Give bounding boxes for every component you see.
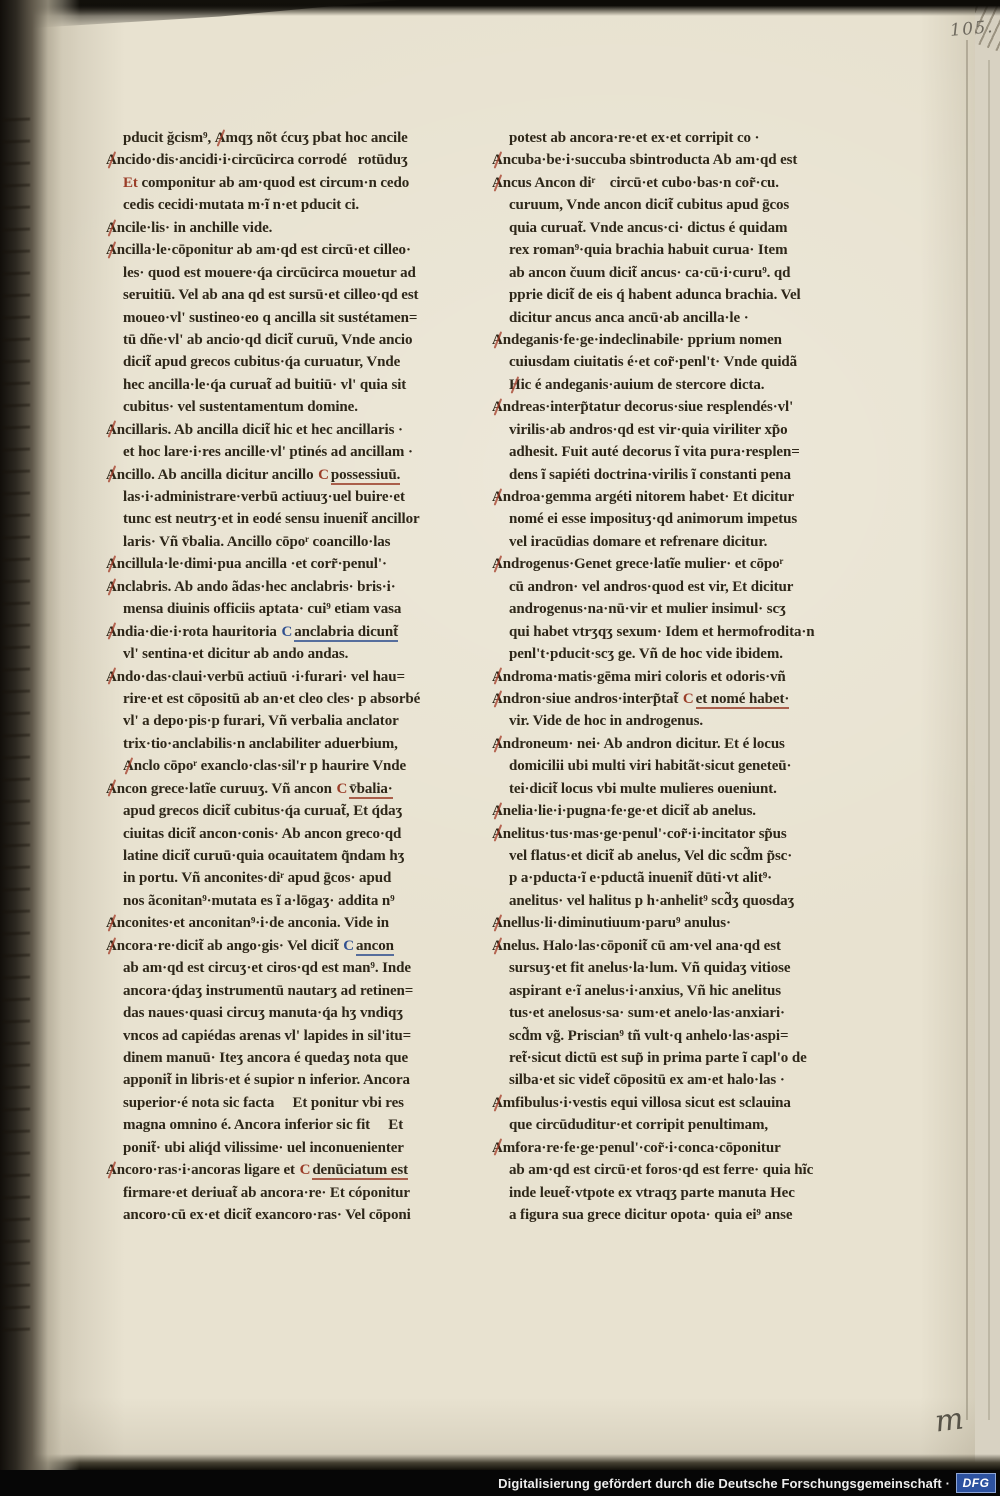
text-line: nos ãconitan⁹·mutata es ĩ a·lōgaʒ· addit… — [106, 890, 482, 912]
text-line: Androgenus·Genet grece·latĩe mulier· et … — [492, 553, 874, 575]
text-segment: ancora·q́daʒ instrumentū nautarʒ ad reti… — [123, 983, 413, 999]
text-segment: dicit̃ apud grecos cubitus·q́a curuatur,… — [123, 354, 400, 370]
text-line: domicilii ubi multi viri habitãt·sicut g… — [492, 755, 874, 777]
text-line: Anconites·et anconitan⁹·i·de anconia. Vi… — [106, 912, 482, 934]
text-line: Hic é andeganis·auium de stercore dicta. — [492, 374, 874, 396]
text-segment: componitur ab am·quod est circum·n cedo — [138, 175, 409, 191]
text-segment: nelitus·tus·mas·ge·penul'·cor̃·i·incitat… — [503, 826, 787, 842]
text-line: androgenus·na·nū·vir et mulier insimul· … — [492, 598, 874, 620]
text-segment: silba·et sic videt̃ cōpositū ex am·et ha… — [509, 1072, 785, 1088]
text-line: curuum, Vnde ancon dicit̃ cubitus apud ḡ… — [492, 194, 874, 216]
text-segment: ndroa·gemma argéti nitorem habet· Et dic… — [503, 489, 794, 505]
text-line: Andreas·interp̃tatur decorus·siue resple… — [492, 396, 874, 418]
text-line: tus·et anelosus·sa· sum·et anelo·las·anx… — [492, 1002, 874, 1024]
text-line: Ancile·lis· in anchille vide. — [106, 217, 482, 239]
text-segment: nclo cōpoʳ exanclo·clas·sil'r p haurire … — [134, 758, 406, 774]
text-segment: trix·tio·anclabilis·n anclabiliter aduer… — [123, 736, 398, 752]
text-line: Andeganis·fe·ge·indeclinabile· pprium no… — [492, 329, 874, 351]
text-line: laris· Vñ v̄balia. Ancillo cōpoʳ coancil… — [106, 531, 482, 553]
text-line: Ancido·dis·ancidi·i·circūcirca corrodé r… — [106, 149, 482, 171]
text-segment: denūciatum est — [312, 1162, 408, 1180]
text-segment: ndron·siue andros·interp̃tat̃ — [503, 691, 682, 707]
text-segment: nos ãconitan⁹·mutata es ĩ a·lōgaʒ· addit… — [123, 893, 395, 909]
text-line: vl' sentina·et dicitur ab ando andas. — [106, 643, 482, 665]
text-segment: scd̃m vg̃. Priscian⁹ tñ vult·q anhelo·la… — [509, 1028, 788, 1044]
text-line: in portu. Vñ anconites·diʳ apud ḡcos· ap… — [106, 867, 482, 889]
text-line: Ancora·re·dicit̃ ab ango·gis· Vel dicit̃… — [106, 935, 482, 957]
text-line: qui habet vtrʒqʒ sexum· Idem et hermofro… — [492, 621, 874, 643]
digitization-footer-bar: Digitalisierung gefördert durch die Deut… — [0, 1470, 1000, 1496]
text-segment: A — [106, 778, 117, 800]
text-segment: curuum, Vnde ancon dicit̃ cubitus apud ḡ… — [509, 197, 789, 213]
text-line: Ancon grece·latĩe curuuʒ. Vñ ancon Cv̄ba… — [106, 778, 482, 800]
text-line: potest ab ancora·re·et ex·et corripit co… — [492, 127, 874, 149]
text-segment: ndo·das·claui·verbū actiuū ·i·furari· ve… — [117, 669, 405, 685]
text-segment: ancon — [356, 938, 394, 956]
text-segment: a figura sua grece dicitur opota· quia e… — [509, 1207, 792, 1223]
text-segment: qui habet vtrʒqʒ sexum· Idem et hermofro… — [509, 624, 815, 640]
text-line: Ancoro·ras·i·ancoras ligare et Cdenūciat… — [106, 1159, 482, 1181]
text-segment: ponit̃· ubi aliq́d vilissime· uel inconu… — [123, 1140, 404, 1156]
text-segment: A — [492, 329, 503, 351]
text-line: cū andron· vel andros·quod est vir, Et d… — [492, 576, 874, 598]
text-line: silba·et sic videt̃ cōpositū ex am·et ha… — [492, 1069, 874, 1091]
text-segment: androgenus·na·nū·vir et mulier insimul· … — [509, 601, 786, 617]
text-segment: ret̃·sicut dictū est sup̃ in prima parte… — [509, 1050, 807, 1066]
text-segment: ncoro·ras·i·ancoras ligare et — [117, 1162, 299, 1178]
text-segment: adhesit. Fuit auté decorus ĩ vita pura·r… — [509, 444, 800, 460]
text-line: ancoro·cū ex·et dicit̃ exancoro·ras· Vel… — [106, 1204, 482, 1226]
text-line: ab am·qd est circū·et foros·qd est ferre… — [492, 1159, 874, 1181]
text-segment: vl' a depo·pis·p furari, Vñ verbalia anc… — [123, 713, 399, 729]
text-segment: ncus Ancon diʳ circū·et cubo·bas·n cor̃·… — [503, 175, 779, 191]
text-line: Ancilla·le·cōponitur ab am·qd est circū·… — [106, 239, 482, 261]
text-segment: A — [106, 912, 117, 934]
text-line: tei·dicit̃ locus vbi multe mulieres ouen… — [492, 778, 874, 800]
text-segment: rire·et est cōpositū ab an·et cleo cles·… — [123, 691, 420, 707]
text-line: tunc est neutrʒ·et in eodé sensu inuenit… — [106, 508, 482, 530]
text-segment: A — [492, 553, 503, 575]
text-segment: rex roman⁹·quia brachia habuit curua· It… — [509, 242, 788, 258]
text-line: hec ancilla·le·q́a curuat̃ ad buitiū· vl… — [106, 374, 482, 396]
text-line: Amfora·re·fe·ge·penul'·cor̃·i·conca·cōpo… — [492, 1137, 874, 1159]
text-segment: laris· Vñ v̄balia. Ancillo cōpoʳ coancil… — [123, 534, 390, 550]
text-line: pducit ğcism⁹, Amqʒ nõt ćcuʒ pbat hoc an… — [106, 127, 482, 149]
text-segment: apponit̃ in libris·et é supior n inferio… — [123, 1072, 410, 1088]
text-segment: ncillaris. Ab ancilla dicit̃ hic et hec … — [117, 422, 403, 438]
text-segment: sursuʒ·et fit anelus·la·lum. Vñ quidaʒ v… — [509, 960, 790, 976]
text-segment: seruitiū. Vel ab ana qd est sursū·et cil… — [123, 287, 418, 303]
text-line: virilis·ab andros·qd est vir·quia virili… — [492, 419, 874, 441]
text-line: scd̃m vg̃. Priscian⁹ tñ vult·q anhelo·la… — [492, 1025, 874, 1047]
text-line: apud grecos dicit̃ cubitus·q́a curuat̃, … — [106, 800, 482, 822]
right-text-column: potest ab ancora·re·et ex·et corripit co… — [492, 127, 874, 1226]
text-segment: ndia·die·i·rota hauritoria — [117, 624, 281, 640]
text-segment: das naues·quasi circuʒ manuta·q́a hʒ vnd… — [123, 1005, 403, 1021]
text-segment: latine dicit̃ curuū·quia ocauitatem q̃nd… — [123, 848, 404, 864]
text-segment: cuiusdam ciuitatis é·et cor̃·penl't· Vnd… — [509, 354, 797, 370]
left-text-column: pducit ğcism⁹, Amqʒ nõt ćcuʒ pbat hoc an… — [106, 127, 482, 1226]
text-segment: A — [492, 688, 503, 710]
text-segment: ab am·qd est circū·et foros·qd est ferre… — [509, 1162, 813, 1178]
text-segment: nellus·li·diminutiuum·paru⁹ anulus· — [503, 915, 731, 931]
text-line: Ando·das·claui·verbū actiuū ·i·furari· v… — [106, 666, 482, 688]
text-line: Androa·gemma argéti nitorem habet· Et di… — [492, 486, 874, 508]
text-line: que circūduditur·et corripit penultimam, — [492, 1114, 874, 1136]
text-segment: A — [492, 935, 503, 957]
text-segment: A — [492, 800, 503, 822]
text-segment: A — [492, 1092, 503, 1114]
text-segment: vncos ad capiédas arenas vl' lapides in … — [123, 1028, 411, 1044]
text-line: Et componitur ab am·quod est circum·n ce… — [106, 172, 482, 194]
text-segment: A — [492, 396, 503, 418]
text-line: cuiusdam ciuitatis é·et cor̃·penl't· Vnd… — [492, 351, 874, 373]
text-line: anelitus· vel halitus p h·anhelit⁹ scd̃ʒ… — [492, 890, 874, 912]
text-segment: hec ancilla·le·q́a curuat̃ ad buitiū· vl… — [123, 377, 406, 393]
text-segment: A — [492, 149, 503, 171]
text-segment: A — [106, 1159, 117, 1181]
text-segment: mensa diuinis officiis aptata· cui⁹ etia… — [123, 601, 401, 617]
text-segment: A — [492, 666, 503, 688]
text-line: inde leuet̃·vtpote ex vtraqʒ parte manut… — [492, 1182, 874, 1204]
text-line: dinem manuū· Iteʒ ancora é quedaʒ nota q… — [106, 1047, 482, 1069]
text-segment: A — [492, 486, 503, 508]
text-line: ab ancon čuum dicit̃ ancus· ca·cū·i·curu… — [492, 262, 874, 284]
text-segment: ndroneum· nei· Ab andron dicitur. Et é l… — [503, 736, 785, 752]
text-segment: ciuitas dicit̃ ancon·conis· Ab ancon gre… — [123, 826, 401, 842]
text-segment: A — [215, 127, 226, 149]
capitulum-mark: C — [336, 781, 350, 797]
text-line: Anelitus·tus·mas·ge·penul'·cor̃·i·incita… — [492, 823, 874, 845]
text-segment: A — [106, 621, 117, 643]
text-segment: que circūduditur·et corripit penultimam, — [509, 1117, 768, 1133]
text-segment: A — [492, 733, 503, 755]
text-line: magna omnino é. Ancora inferior sic fit … — [106, 1114, 482, 1136]
text-segment: mfora·re·fe·ge·penul'·cor̃·i·conca·cōpon… — [503, 1140, 781, 1156]
text-segment: A — [106, 239, 117, 261]
text-segment: v̄balia· — [349, 781, 392, 799]
text-line: nomé ei esse imposituʒ·qd animorum impet… — [492, 508, 874, 530]
text-segment: et hoc lare·i·res ancille·vl' ptinés ad … — [123, 444, 413, 460]
manuscript-page: 105. pducit ğcism⁹, Amqʒ nõt ćcuʒ pbat h… — [30, 5, 975, 1467]
text-segment: p a·pducta·ĩ e·pductã inuenit̃ dūti·vt a… — [509, 870, 772, 886]
text-segment: Et — [123, 175, 138, 191]
text-line: Ancillo. Ab ancilla dicitur ancillo Cpos… — [106, 464, 482, 486]
text-segment: A — [106, 576, 117, 598]
text-line: cedis cecidi·mutata m·ĩ n·et pducit ci. — [106, 194, 482, 216]
text-line: vel flatus·et dicit̃ ab anelus, Vel dic … — [492, 845, 874, 867]
text-segment: las·i·administrare·verbū actiuuʒ·uel bui… — [123, 489, 405, 505]
text-line: Andron·siue andros·interp̃tat̃ Cet nomé … — [492, 688, 874, 710]
text-segment: A — [106, 217, 117, 239]
text-segment: A — [106, 464, 117, 486]
text-segment: ab am·qd est circuʒ·et ciros·qd est man⁹… — [123, 960, 411, 976]
text-line: dicit̃ apud grecos cubitus·q́a curuatur,… — [106, 351, 482, 373]
text-segment: penl't·pducit·scʒ ge. Vñ de hoc vide ibi… — [509, 646, 783, 662]
text-segment: dinem manuū· Iteʒ ancora é quedaʒ nota q… — [123, 1050, 408, 1066]
text-line: tū dñe·vl' ab ancio·qd dicit̃ curuū, Vnd… — [106, 329, 482, 351]
text-segment: ncora·re·dicit̃ ab ango·gis· Vel dicit̃ — [117, 938, 343, 954]
text-segment: ndeganis·fe·ge·indeclinabile· pprium nom… — [503, 332, 782, 348]
text-segment: cū andron· vel andros·quod est vir, Et d… — [509, 579, 793, 595]
text-segment: tunc est neutrʒ·et in eodé sensu inuenit… — [123, 511, 420, 527]
text-segment: ancoro·cū ex·et dicit̃ exancoro·ras· Vel… — [123, 1207, 411, 1223]
text-segment: vel iracūdias domare et refrenare dicitu… — [509, 534, 767, 550]
text-segment: pducit ğcism⁹, — [123, 130, 215, 146]
book-bottom-shadow — [0, 1454, 1000, 1470]
text-segment: moueo·vl' sustineo·eo q ancilla sit sust… — [123, 310, 417, 326]
text-segment: A — [106, 935, 117, 957]
text-segment: A — [492, 172, 503, 194]
text-line: Anclo cōpoʳ exanclo·clas·sil'r p haurire… — [106, 755, 482, 777]
text-line: p a·pducta·ĩ e·pductã inuenit̃ dūti·vt a… — [492, 867, 874, 889]
text-segment: les· quod est mouere·q́a circūcirca moue… — [123, 265, 416, 281]
text-segment: ncido·dis·ancidi·i·circūcirca corrodé ro… — [117, 152, 408, 168]
text-segment: A — [106, 149, 117, 171]
text-line: Anelia·lie·i·pugna·fe·ge·et dicit̃ ab an… — [492, 800, 874, 822]
text-line: a figura sua grece dicitur opota· quia e… — [492, 1204, 874, 1226]
text-segment: mqʒ nõt ćcuʒ pbat hoc ancile — [226, 130, 408, 146]
opposite-page-text-fragments — [3, 118, 30, 1349]
text-line: vl' a depo·pis·p furari, Vñ verbalia anc… — [106, 710, 482, 732]
text-line: latine dicit̃ curuū·quia ocauitatem q̃nd… — [106, 845, 482, 867]
text-line: Anclabris. Ab ando ãdas·hec anclabris· b… — [106, 576, 482, 598]
text-segment: nelia·lie·i·pugna·fe·ge·et dicit̃ ab ane… — [503, 803, 756, 819]
text-line: apponit̃ in libris·et é supior n inferio… — [106, 1069, 482, 1091]
text-segment: mfibulus·i·vestis equi villosa sicut est… — [503, 1095, 791, 1111]
text-segment: magna omnino é. Ancora inferior sic fit … — [123, 1117, 403, 1133]
text-segment: anclabria dicunt̃ — [294, 624, 398, 642]
dfg-logo: DFG — [956, 1473, 996, 1493]
text-segment: A — [123, 755, 134, 777]
text-segment: quia curuat̃. Vnde ancus·ci· dictus é qu… — [509, 220, 787, 236]
text-line: dicitur ancus anca ancū·ab ancilla·le · — [492, 307, 874, 329]
text-line: mensa diuinis officiis aptata· cui⁹ etia… — [106, 598, 482, 620]
text-line: vncos ad capiédas arenas vl' lapides in … — [106, 1025, 482, 1047]
text-segment: ab ancon čuum dicit̃ ancus· ca·cū·i·curu… — [509, 265, 790, 281]
scan-right-edge-line — [988, 60, 990, 1420]
text-segment: pprie dicit̃ de eis q́ habent adunca bra… — [509, 287, 801, 303]
text-segment: dicitur ancus anca ancū·ab ancilla·le · — [509, 310, 749, 326]
text-segment: tus·et anelosus·sa· sum·et anelo·las·anx… — [509, 1005, 785, 1021]
text-segment: ndrogenus·Genet grece·latĩe mulier· et c… — [503, 556, 783, 572]
text-segment: A — [106, 666, 117, 688]
text-segment: tei·dicit̃ locus vbi multe mulieres ouen… — [509, 781, 777, 797]
text-segment: nomé ei esse imposituʒ·qd animorum impet… — [509, 511, 797, 527]
text-segment: firmare·et deriuat̃ ab ancora·re· Et cóp… — [123, 1185, 410, 1201]
text-segment: ncilla·le·cōponitur ab am·qd est circū·e… — [117, 242, 411, 258]
text-line: et hoc lare·i·res ancille·vl' ptinés ad … — [106, 441, 482, 463]
text-segment: dens ĩ sapiéti doctrina·virilis ĩ consta… — [509, 467, 791, 483]
text-line: ponit̃· ubi aliq́d vilissime· uel inconu… — [106, 1137, 482, 1159]
text-segment: virilis·ab andros·qd est vir·quia virili… — [509, 422, 788, 438]
text-line: moueo·vl' sustineo·eo q ancilla sit sust… — [106, 307, 482, 329]
text-line: seruitiū. Vel ab ana qd est sursū·et cil… — [106, 284, 482, 306]
text-line: cubitus· vel sustentamentum domine. — [106, 396, 482, 418]
text-line: pprie dicit̃ de eis q́ habent adunca bra… — [492, 284, 874, 306]
text-segment: ncillula·le·dimi·pua ancilla ·et corr̃·p… — [117, 556, 387, 572]
text-line: vir. Vide de hoc in androgenus. — [492, 710, 874, 732]
text-segment: A — [106, 553, 117, 575]
text-segment: ndroma·matis·gēma miri coloris et odoris… — [503, 669, 786, 685]
text-segment: A — [492, 912, 503, 934]
text-line: Anelus. Halo·las·cōponit̃ cū am·vel ana·… — [492, 935, 874, 957]
capitulum-mark: C — [280, 624, 294, 640]
text-segment: potest ab ancora·re·et ex·et corripit co… — [509, 130, 759, 146]
text-segment: nelus. Halo·las·cōponit̃ cū am·vel ana·q… — [503, 938, 781, 954]
text-segment: A — [106, 419, 117, 441]
text-line: Ancillaris. Ab ancilla dicit̃ hic et hec… — [106, 419, 482, 441]
text-segment: ncile·lis· in anchille vide. — [117, 220, 273, 236]
text-line: rex roman⁹·quia brachia habuit curua· It… — [492, 239, 874, 261]
text-line: Androneum· nei· Ab andron dicitur. Et é … — [492, 733, 874, 755]
capitulum-mark: C — [317, 467, 331, 483]
text-segment: ncon grece·latĩe curuuʒ. Vñ ancon — [117, 781, 336, 797]
text-segment: domicilii ubi multi viri habitãt·sicut g… — [509, 758, 791, 774]
text-line: rire·et est cōpositū ab an·et cleo cles·… — [106, 688, 482, 710]
text-line: ab am·qd est circuʒ·et ciros·qd est man⁹… — [106, 957, 482, 979]
capitulum-mark: C — [682, 691, 696, 707]
text-line: las·i·administrare·verbū actiuuʒ·uel bui… — [106, 486, 482, 508]
text-line: Andia·die·i·rota hauritoria Canclabria d… — [106, 621, 482, 643]
text-line: ret̃·sicut dictū est sup̃ in prima parte… — [492, 1047, 874, 1069]
text-line: aspirant e·ĩ anelus·i·anxius, Vñ hic ane… — [492, 980, 874, 1002]
text-line: vel iracūdias domare et refrenare dicitu… — [492, 531, 874, 553]
pencil-page-number: 105. — [949, 17, 994, 41]
capitulum-mark: C — [342, 938, 356, 954]
text-line: Ancuba·be·i·succuba sbintroducta Ab am·q… — [492, 149, 874, 171]
text-segment: apud grecos dicit̃ cubitus·q́a curuat̃, … — [123, 803, 402, 819]
text-segment: ncillo. Ab ancilla dicitur ancillo — [117, 467, 317, 483]
text-line: superior·é nota sic facta Et ponitur vbi… — [106, 1092, 482, 1114]
text-segment: cedis cecidi·mutata m·ĩ n·et pducit ci. — [123, 197, 359, 213]
text-segment: et nomé habet· — [696, 691, 790, 709]
text-segment: possessiuū. — [331, 467, 400, 485]
text-segment: H — [509, 374, 521, 396]
text-line: ancora·q́daʒ instrumentū nautarʒ ad reti… — [106, 980, 482, 1002]
text-line: dens ĩ sapiéti doctrina·virilis ĩ consta… — [492, 464, 874, 486]
text-segment: ndreas·interp̃tatur decorus·siue resplen… — [503, 399, 793, 415]
digitization-credit: Digitalisierung gefördert durch die Deut… — [498, 1476, 950, 1491]
text-segment: inde leuet̃·vtpote ex vtraqʒ parte manut… — [509, 1185, 795, 1201]
text-segment: aspirant e·ĩ anelus·i·anxius, Vñ hic ane… — [509, 983, 781, 999]
text-segment: vl' sentina·et dicitur ab ando andas. — [123, 646, 348, 662]
text-line: ciuitas dicit̃ ancon·conis· Ab ancon gre… — [106, 823, 482, 845]
text-segment: nconites·et anconitan⁹·i·de anconia. Vid… — [117, 915, 389, 931]
text-line: Anellus·li·diminutiuum·paru⁹ anulus· — [492, 912, 874, 934]
text-line: Ancus Ancon diʳ circū·et cubo·bas·n cor̃… — [492, 172, 874, 194]
text-segment: A — [492, 823, 503, 845]
text-segment: in portu. Vñ anconites·diʳ apud ḡcos· ap… — [123, 870, 391, 886]
text-segment: vel flatus·et dicit̃ ab anelus, Vel dic … — [509, 848, 792, 864]
text-line: sursuʒ·et fit anelus·la·lum. Vñ quidaʒ v… — [492, 957, 874, 979]
text-line: Androma·matis·gēma miri coloris et odori… — [492, 666, 874, 688]
text-line: firmare·et deriuat̃ ab ancora·re· Et cóp… — [106, 1182, 482, 1204]
text-line: les· quod est mouere·q́a circūcirca moue… — [106, 262, 482, 284]
text-segment: nclabris. Ab ando ãdas·hec anclabris· br… — [117, 579, 396, 595]
text-line: das naues·quasi circuʒ manuta·q́a hʒ vnd… — [106, 1002, 482, 1024]
text-line: Amfibulus·i·vestis equi villosa sicut es… — [492, 1092, 874, 1114]
text-segment: superior·é nota sic facta Et ponitur vbi… — [123, 1095, 404, 1111]
text-line: adhesit. Fuit auté decorus ĩ vita pura·r… — [492, 441, 874, 463]
text-line: penl't·pducit·scʒ ge. Vñ de hoc vide ibi… — [492, 643, 874, 665]
text-segment: ncuba·be·i·succuba sbintroducta Ab am·qd… — [503, 152, 798, 168]
text-segment: cubitus· vel sustentamentum domine. — [123, 399, 358, 415]
pencil-quire-mark: m — [933, 1401, 966, 1439]
capitulum-mark: C — [299, 1162, 313, 1178]
text-line: trix·tio·anclabilis·n anclabiliter aduer… — [106, 733, 482, 755]
text-segment: ic é andeganis·auium de stercore dicta. — [521, 377, 765, 393]
page-right-edge-line — [966, 40, 968, 1420]
text-segment: vir. Vide de hoc in androgenus. — [509, 713, 703, 729]
text-segment: A — [492, 1137, 503, 1159]
text-segment: anelitus· vel halitus p h·anhelit⁹ scd̃ʒ… — [509, 893, 794, 909]
text-line: quia curuat̃. Vnde ancus·ci· dictus é qu… — [492, 217, 874, 239]
text-line: Ancillula·le·dimi·pua ancilla ·et corr̃·… — [106, 553, 482, 575]
text-segment: tū dñe·vl' ab ancio·qd dicit̃ curuū, Vnd… — [123, 332, 412, 348]
